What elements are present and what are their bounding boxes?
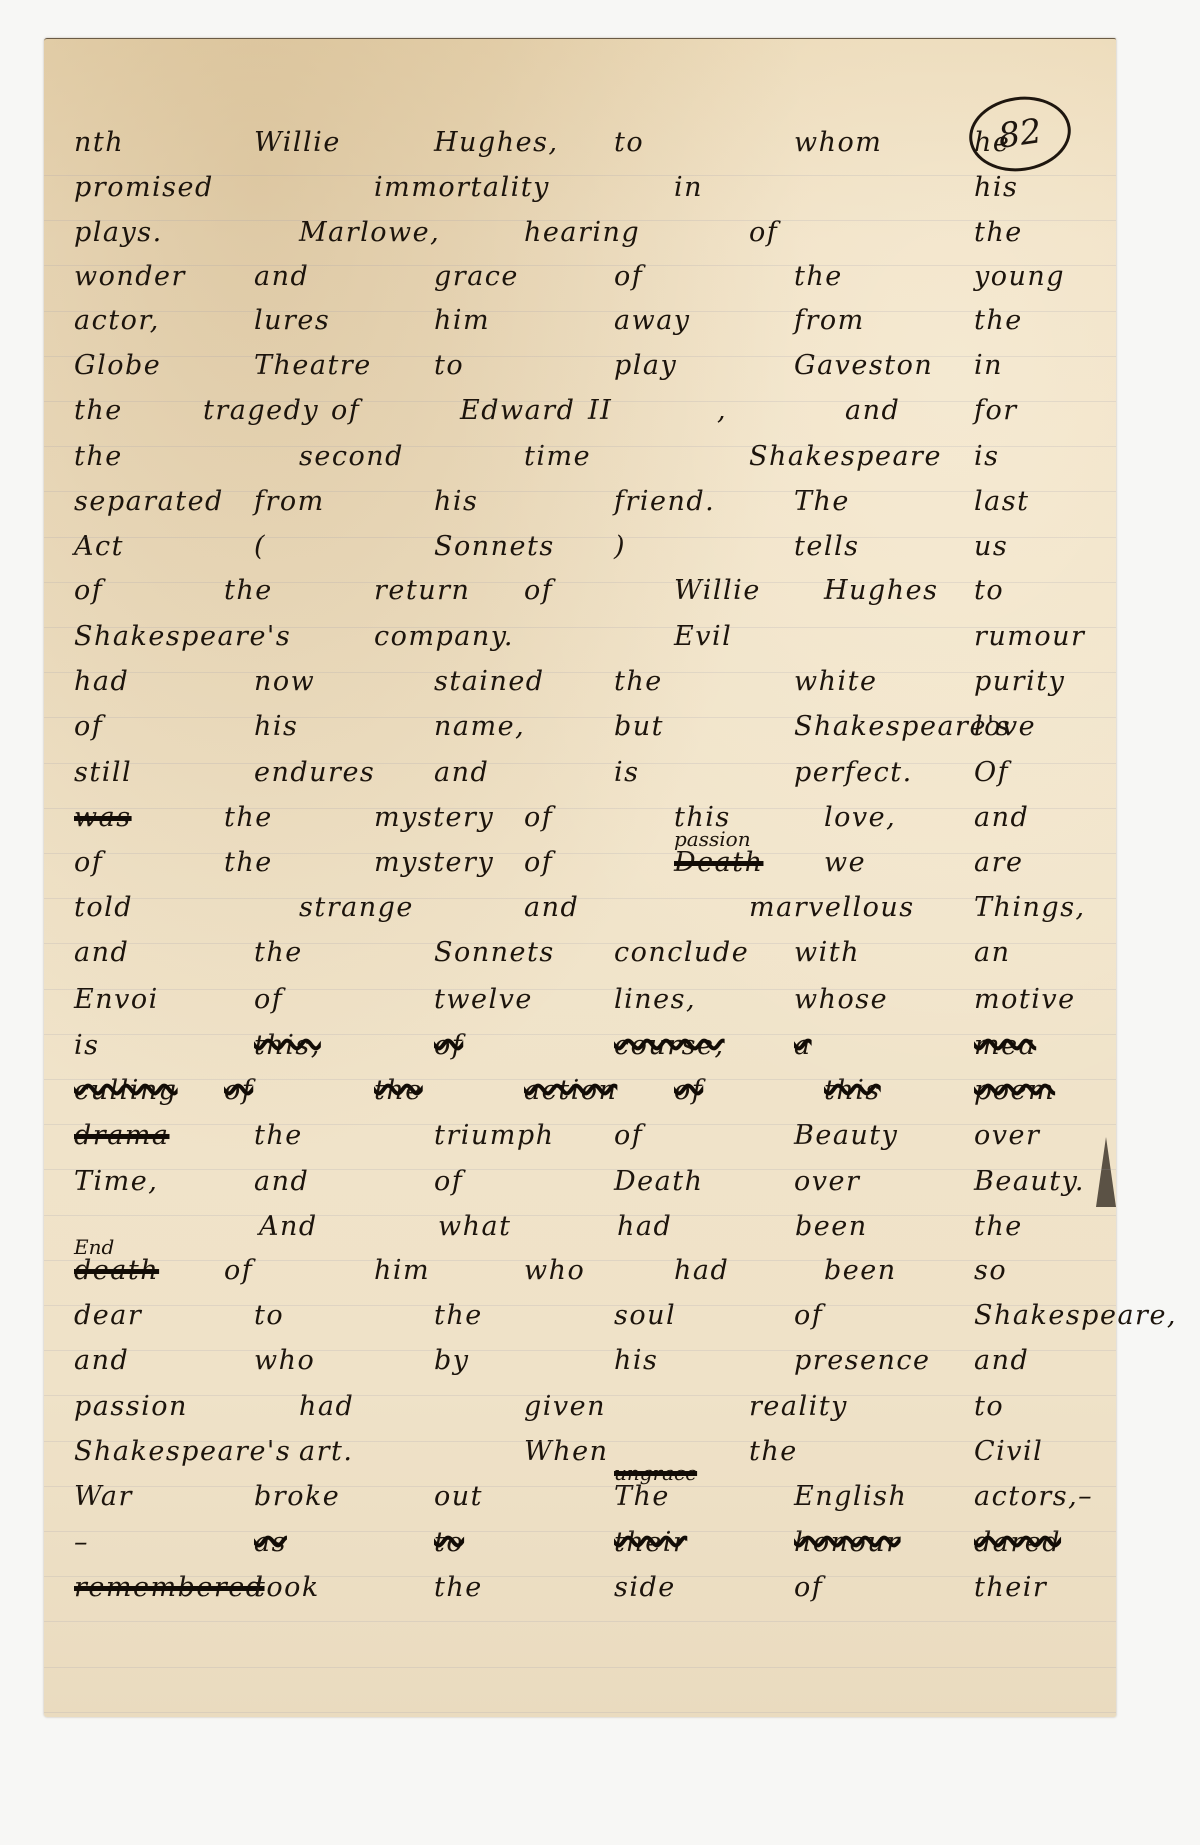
ruled-line bbox=[44, 175, 1116, 176]
manuscript-line: plays.Marlowe,hearingofthe bbox=[44, 217, 1116, 261]
word: Evil bbox=[674, 621, 732, 652]
ruled-line bbox=[44, 1667, 1116, 1668]
word: company. bbox=[374, 621, 514, 652]
word: told bbox=[74, 892, 133, 923]
word: to bbox=[974, 575, 1004, 606]
word: the bbox=[974, 217, 1023, 248]
ruled-line bbox=[44, 446, 1116, 447]
interlinear-insertion: End bbox=[74, 1235, 114, 1259]
ruled-line bbox=[44, 1260, 1116, 1261]
word: of bbox=[434, 1166, 463, 1197]
word: II bbox=[588, 395, 612, 426]
struck-word: was bbox=[74, 802, 132, 833]
word: and bbox=[524, 892, 579, 923]
word: and bbox=[74, 937, 129, 968]
ruled-line bbox=[44, 220, 1116, 221]
word: the bbox=[224, 847, 273, 878]
word: are bbox=[974, 847, 1023, 878]
word: his bbox=[254, 711, 298, 742]
word: his bbox=[974, 172, 1018, 203]
manuscript-line: wonderandgraceoftheyoung bbox=[44, 261, 1116, 305]
word: of bbox=[524, 575, 553, 606]
ruled-line bbox=[44, 1305, 1116, 1306]
word: of bbox=[74, 711, 103, 742]
word: stained bbox=[434, 666, 545, 697]
manuscript-line: promisedimmortalityinhis bbox=[44, 172, 1116, 216]
word: the bbox=[74, 395, 123, 426]
word: Act bbox=[74, 531, 124, 562]
word: in bbox=[674, 172, 703, 203]
ruled-line bbox=[44, 1621, 1116, 1622]
ruled-line bbox=[44, 1441, 1116, 1442]
interlinear-insertion: passion bbox=[674, 827, 751, 851]
word: had bbox=[74, 666, 129, 697]
word: of bbox=[524, 802, 553, 833]
word: strange bbox=[299, 892, 414, 923]
word: perfect. bbox=[794, 757, 913, 788]
interlinear-insertion: ungrace bbox=[614, 1461, 697, 1485]
word: now bbox=[254, 666, 315, 697]
word: Willie bbox=[674, 575, 761, 606]
ruled-line bbox=[44, 989, 1116, 990]
word: Gaveston bbox=[794, 350, 933, 381]
word: Hughes, bbox=[434, 127, 559, 158]
word: lures bbox=[254, 305, 330, 336]
word: in bbox=[974, 350, 1003, 381]
word: tragedy bbox=[203, 395, 319, 426]
manuscript-line: separatedfromhisfriend.Thelast bbox=[44, 486, 1116, 530]
ruled-line bbox=[44, 763, 1116, 764]
manuscript-line: thesecondtimeShakespeareis bbox=[44, 441, 1116, 485]
word: Willie bbox=[254, 127, 341, 158]
word: Hughes bbox=[824, 575, 938, 606]
word: Time, bbox=[74, 1166, 158, 1197]
word: ) bbox=[614, 531, 626, 562]
word: us bbox=[974, 531, 1008, 562]
ruled-line bbox=[44, 898, 1116, 899]
word: the bbox=[254, 937, 303, 968]
word: over bbox=[794, 1166, 860, 1197]
manuscript-line: Envoioftwelvelines,whosemotive bbox=[44, 984, 1116, 1028]
ruled-line bbox=[44, 853, 1116, 854]
word: he bbox=[974, 127, 1010, 158]
word: Edward bbox=[460, 395, 575, 426]
word: of bbox=[331, 395, 360, 426]
word: Marlowe, bbox=[299, 217, 440, 248]
struck-word: Death bbox=[674, 847, 763, 878]
word: Sonnets bbox=[434, 937, 555, 968]
ruled-line bbox=[44, 491, 1116, 492]
ruled-line bbox=[44, 717, 1116, 718]
ruled-line bbox=[44, 401, 1116, 402]
word: conclude bbox=[614, 937, 749, 968]
word: rumour bbox=[974, 621, 1085, 652]
word: hearing bbox=[524, 217, 640, 248]
word: Shakespeare's bbox=[74, 621, 291, 652]
word: purity bbox=[974, 666, 1065, 697]
manuscript-page: 82 nthWillieHughes,towhomhepromisedimmor… bbox=[44, 38, 1116, 1717]
word: mystery bbox=[374, 802, 494, 833]
ruled-line bbox=[44, 1034, 1116, 1035]
word: marvellous bbox=[749, 892, 915, 923]
ruled-line bbox=[44, 943, 1116, 944]
word: is bbox=[614, 757, 640, 788]
manuscript-line: –astotheirhonourdared bbox=[44, 1527, 1116, 1571]
word: play bbox=[614, 350, 677, 381]
ruled-line bbox=[44, 537, 1116, 538]
word: nth bbox=[74, 127, 124, 158]
manuscript-line: passionhadgivenrealityto bbox=[44, 1391, 1116, 1435]
word: away bbox=[614, 305, 691, 336]
word: and bbox=[434, 757, 489, 788]
word: Things, bbox=[974, 892, 1086, 923]
word: Globe bbox=[74, 350, 161, 381]
word: and bbox=[254, 1166, 309, 1197]
ruled-line bbox=[44, 582, 1116, 583]
word: promised bbox=[74, 172, 214, 203]
word: of bbox=[524, 847, 553, 878]
word: to bbox=[614, 127, 644, 158]
word: of bbox=[74, 575, 103, 606]
word: and bbox=[974, 802, 1029, 833]
word: Death bbox=[614, 1166, 703, 1197]
manuscript-line: rememberedtookthesideoftheir bbox=[44, 1572, 1116, 1616]
manuscript-line: Shakespeare'sart.WhentheCivil bbox=[44, 1436, 1116, 1480]
ruled-line bbox=[44, 1712, 1116, 1713]
ruled-line bbox=[44, 1169, 1116, 1170]
ruled-line bbox=[44, 1395, 1116, 1396]
word: mystery bbox=[374, 847, 494, 878]
word: tells bbox=[794, 531, 859, 562]
word: love bbox=[974, 711, 1036, 742]
word: , bbox=[717, 395, 727, 426]
word: but bbox=[614, 711, 664, 742]
manuscript-line: Andwhathadbeenthe bbox=[44, 1211, 1116, 1255]
manuscript-line: Time,andofDeathoverBeauty. bbox=[44, 1166, 1116, 1210]
word: actor, bbox=[74, 305, 160, 336]
ruled-line bbox=[44, 1531, 1116, 1532]
ruled-line bbox=[44, 1486, 1116, 1487]
word: plays. bbox=[74, 217, 163, 248]
word: from bbox=[794, 305, 865, 336]
ruled-line bbox=[44, 356, 1116, 357]
ruled-line bbox=[44, 627, 1116, 628]
manuscript-line: isthis,ofcourse,amea bbox=[44, 1030, 1116, 1074]
word: the bbox=[614, 666, 663, 697]
manuscript-line: nthWillieHughes,towhomhe bbox=[44, 127, 1116, 171]
word: the bbox=[974, 305, 1023, 336]
ruled-line bbox=[44, 265, 1116, 266]
ruled-line bbox=[44, 1124, 1116, 1125]
manuscript-line: deathEndofhimwhohadbeenso bbox=[44, 1255, 1116, 1299]
ruled-line bbox=[44, 672, 1116, 673]
word: the bbox=[224, 575, 273, 606]
word: immortality bbox=[374, 172, 550, 203]
manuscript-line: dramathetriumphofBeautyover bbox=[44, 1120, 1116, 1164]
word: whom bbox=[794, 127, 882, 158]
manuscript-line: deartothesoulofShakespeare, bbox=[44, 1300, 1116, 1344]
manuscript-scan: 82 nthWillieHughes,towhomhepromisedimmor… bbox=[0, 0, 1200, 1845]
ruled-line bbox=[44, 1350, 1116, 1351]
word: for bbox=[974, 395, 1018, 426]
ruled-line bbox=[44, 311, 1116, 312]
ruled-line bbox=[44, 1079, 1116, 1080]
word: of bbox=[749, 217, 778, 248]
ruled-line bbox=[44, 1215, 1116, 1216]
ruled-line bbox=[44, 808, 1116, 809]
word: and bbox=[845, 395, 900, 426]
word: Beauty. bbox=[974, 1166, 1085, 1197]
word: return bbox=[374, 575, 470, 606]
manuscript-line: andwhobyhispresenceand bbox=[44, 1345, 1116, 1389]
word: Sonnets bbox=[434, 531, 555, 562]
manuscript-line: cullingoftheactionofthispoem bbox=[44, 1075, 1116, 1119]
word: him bbox=[434, 305, 490, 336]
word: an bbox=[974, 937, 1011, 968]
word: Theatre bbox=[254, 350, 372, 381]
word: still bbox=[74, 757, 132, 788]
word: endures bbox=[254, 757, 375, 788]
word: love, bbox=[824, 802, 896, 833]
word: the bbox=[224, 802, 273, 833]
ruled-line bbox=[44, 1576, 1116, 1577]
word: we bbox=[824, 847, 866, 878]
word: of bbox=[74, 847, 103, 878]
word: white bbox=[794, 666, 877, 697]
word: Of bbox=[974, 757, 1009, 788]
manuscript-line: WarbrokeoutTheungraceEnglishactors,– bbox=[44, 1481, 1116, 1525]
word: ( bbox=[254, 531, 266, 562]
word: name, bbox=[434, 711, 525, 742]
word: with bbox=[794, 937, 860, 968]
word: to bbox=[434, 350, 464, 381]
